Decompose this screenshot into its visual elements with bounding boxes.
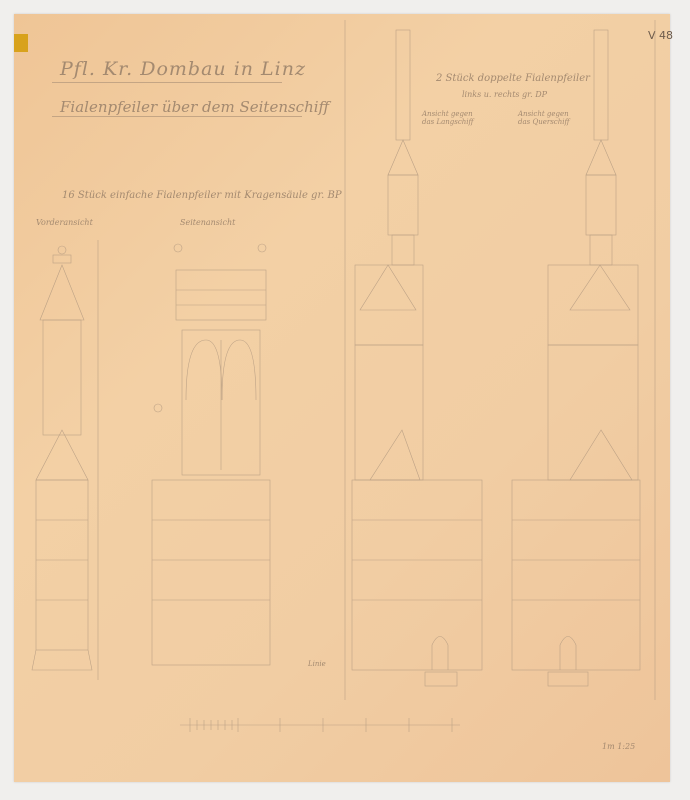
pinnacle-side-view: [152, 244, 270, 665]
scale-bar: [180, 718, 460, 732]
elevation-drawings: [0, 0, 690, 800]
double-pinnacle-a: [352, 30, 482, 686]
pinnacle-front-view: [32, 246, 92, 670]
double-pinnacle-b: [512, 30, 640, 686]
